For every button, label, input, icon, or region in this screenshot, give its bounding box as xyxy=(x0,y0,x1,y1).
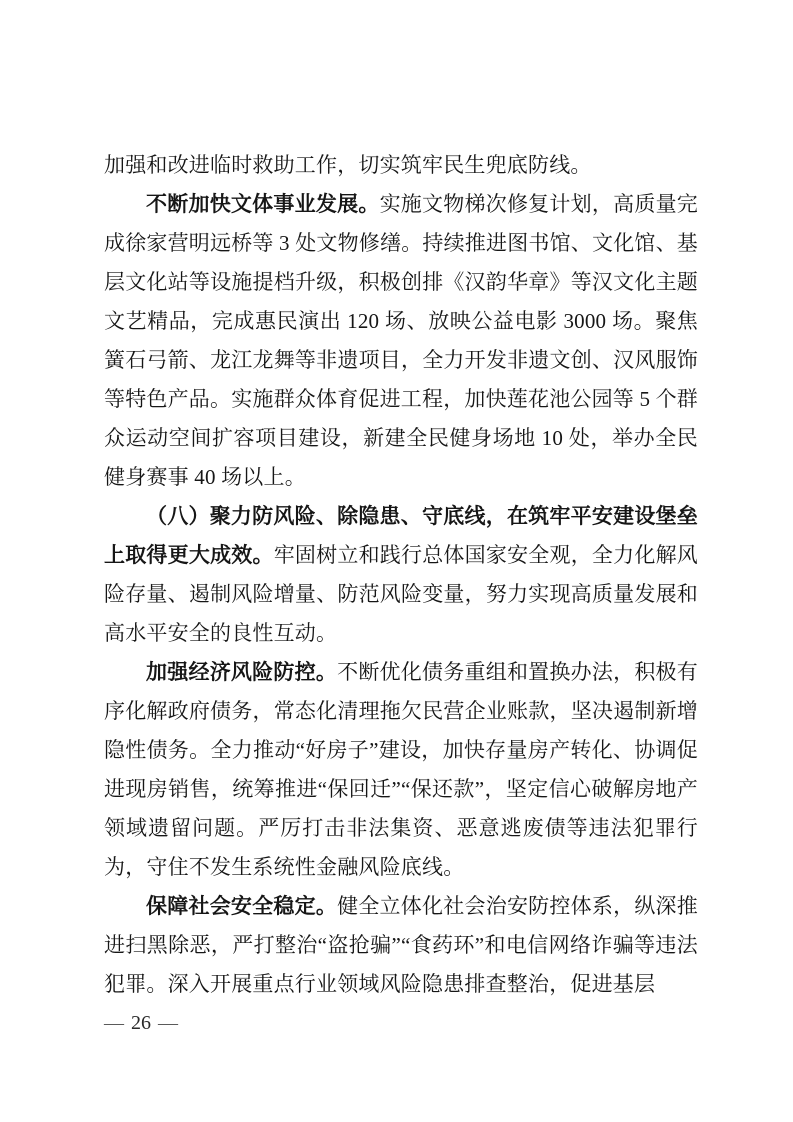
page-number-dash-right: — xyxy=(158,1012,178,1034)
paragraph-continuation: 加强和改进临时救助工作，切实筑牢民生兜底防线。 xyxy=(104,146,698,185)
paragraph-lead: 加强经济风险防控。 xyxy=(146,660,337,684)
page-number-value: 26 xyxy=(131,1012,151,1034)
paragraph-section-8-heading: （八）聚力防风险、除隐患、守底线，在筑牢平安建设堡垒上取得更大成效。牢固树立和践… xyxy=(104,497,698,653)
paragraph-economic-risk: 加强经济风险防控。不断优化债务重组和置换办法，积极有序化解政府债务，常态化清理拖… xyxy=(104,653,698,887)
paragraph-text: 实施文物梯次修复计划，高质量完成徐家营明远桥等 3 处文物修缮。持续推进图书馆、… xyxy=(104,192,698,489)
document-page: 加强和改进临时救助工作，切实筑牢民生兜底防线。 不断加快文体事业发展。实施文物梯… xyxy=(0,0,793,1122)
document-body: 加强和改进临时救助工作，切实筑牢民生兜底防线。 不断加快文体事业发展。实施文物梯… xyxy=(104,146,698,1004)
paragraph-text: 加强和改进临时救助工作，切实筑牢民生兜底防线。 xyxy=(104,153,592,177)
page-number: —26— xyxy=(104,1008,185,1038)
paragraph-social-security: 保障社会安全稳定。健全立体化社会治安防控体系，纵深推进扫黑除恶，严打整治“盗抢骗… xyxy=(104,887,698,1004)
page-number-dash-left: — xyxy=(104,1012,124,1034)
paragraph-lead: 保障社会安全稳定。 xyxy=(146,894,337,918)
paragraph-text: 不断优化债务重组和置换办法，积极有序化解政府债务，常态化清理拖欠民营企业账款，坚… xyxy=(104,660,698,879)
paragraph-lead: 不断加快文体事业发展。 xyxy=(146,192,380,216)
paragraph-culture-sports: 不断加快文体事业发展。实施文物梯次修复计划，高质量完成徐家营明远桥等 3 处文物… xyxy=(104,185,698,497)
